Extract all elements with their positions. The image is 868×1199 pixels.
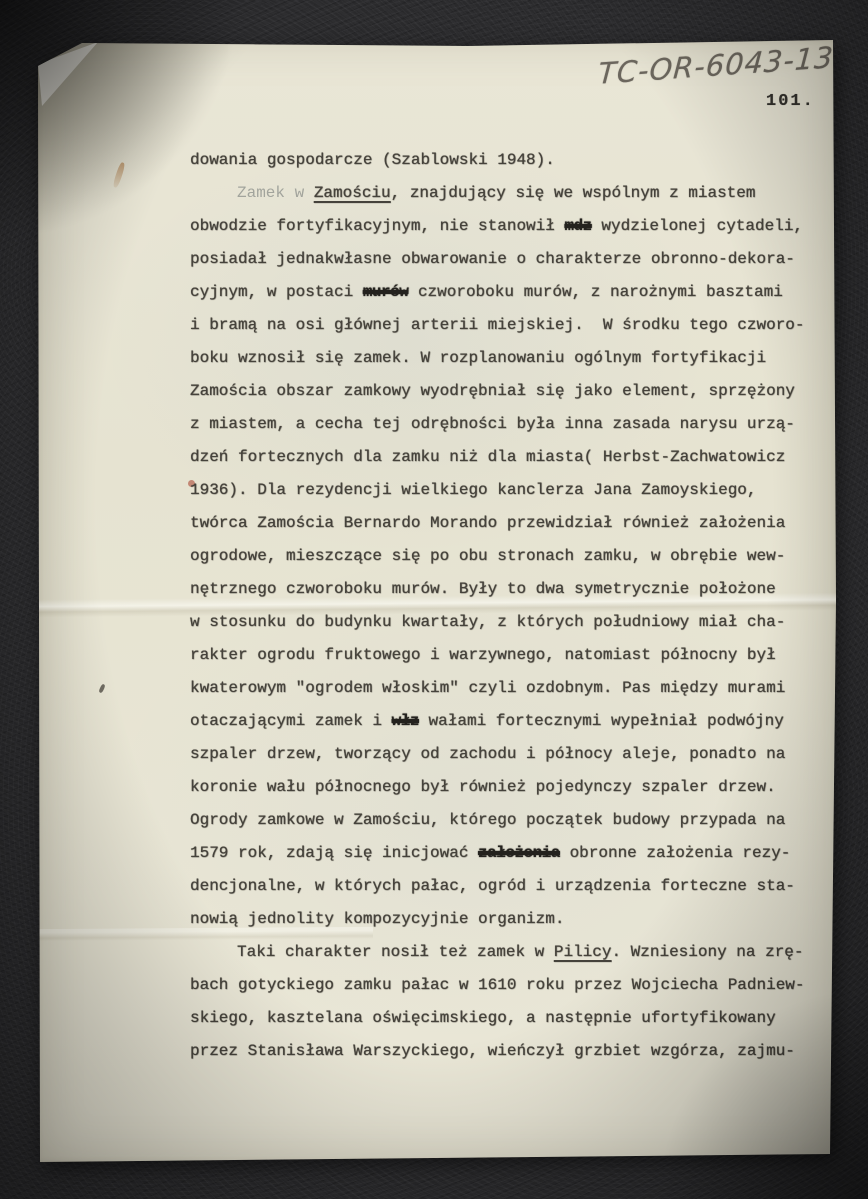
- text-line: cyjnym, w postaci murów czworoboku murów…: [190, 276, 820, 309]
- faded-word: Zamek w: [237, 184, 314, 202]
- strike-word: włz: [392, 712, 419, 730]
- text-line: dzeń fortecznych dla zamku niż dla miast…: [190, 441, 820, 474]
- text-line: bach gotyckiego zamku pałac w 1610 roku …: [190, 969, 820, 1002]
- text-line: Taki charakter nosił też zamek w Pilicy.…: [190, 936, 820, 969]
- text-line: Zamościa obszar zamkowy wyodrębniał się …: [190, 375, 820, 408]
- strike-word: mdz: [564, 217, 591, 235]
- text-line: rakter ogrodu fruktowego i warzywnego, n…: [190, 639, 820, 672]
- text-line: posiadał jednakwłasne obwarowanie o char…: [190, 243, 820, 276]
- text-line: przez Stanisława Warszyckiego, wieńczył …: [190, 1035, 820, 1068]
- text-line: dowania gospodarcze (Szablowski 1948).: [190, 144, 820, 177]
- strike-word: murów: [363, 283, 409, 301]
- text-line: nowią jednolity kompozycyjnie organizm.: [190, 903, 820, 936]
- text-line: kwaterowym "ogrodem włoskim" czyli ozdob…: [190, 672, 820, 705]
- text-line: ogrodowe, mieszczące się po obu stronach…: [190, 540, 820, 573]
- ink-speck: [98, 684, 105, 694]
- folded-corner: [38, 40, 108, 112]
- text-line: twórca Zamościa Bernardo Morando przewid…: [190, 507, 820, 540]
- text-line: i bramą na osi głównej arterii miejskiej…: [190, 309, 820, 342]
- text-line: 1579 rok, zdają się inicjować założenia …: [190, 837, 820, 870]
- text-line: dencjonalne, w których pałac, ogród i ur…: [190, 870, 820, 903]
- scanned-photograph: { "colors": { "paper": "#e9e6d6", "ink":…: [0, 0, 868, 1199]
- handwritten-code: TC-OR-6043-13: [597, 39, 849, 91]
- text-line: koronie wału północnego był również poje…: [190, 771, 820, 804]
- text-line: boku wznosił się zamek. W rozplanowaniu …: [190, 342, 820, 375]
- text-line: Zamek w Zamościu, znajdujący się we wspó…: [190, 177, 820, 210]
- underline-word: Zamościu: [314, 184, 391, 202]
- text-line: otaczającymi zamek i włz wałami forteczn…: [190, 705, 820, 738]
- text-line: 1936). Dla rezydencji wielkiego kanclerz…: [190, 474, 820, 507]
- paper-surface: TC-OR-6043-13 101. dowania gospodarcze (…: [38, 40, 836, 1162]
- text-line: skiego, kasztelana oświęcimskiego, a nas…: [190, 1002, 820, 1035]
- text-line: obwodzie fortyfikacyjnym, nie stanowił m…: [190, 210, 820, 243]
- text-line: szpaler drzew, tworzący od zachodu i pół…: [190, 738, 820, 771]
- strike-word: założenia: [478, 844, 560, 862]
- typewritten-text: dowania gospodarcze (Szablowski 1948).Za…: [190, 144, 820, 1068]
- paper-stain: [112, 162, 126, 189]
- text-line: z miastem, a cecha tej odrębności była i…: [190, 408, 820, 441]
- text-line: nętrznego czworoboku murów. Były to dwa …: [190, 573, 820, 606]
- text-line: Ogrody zamkowe w Zamościu, którego począ…: [190, 804, 820, 837]
- underline-word: Pilicy: [554, 943, 612, 961]
- text-line: w stosunku do budynku kwartały, z któryc…: [190, 606, 820, 639]
- paper-sheet: TC-OR-6043-13 101. dowania gospodarcze (…: [38, 40, 836, 1162]
- page-number: 101.: [766, 92, 815, 111]
